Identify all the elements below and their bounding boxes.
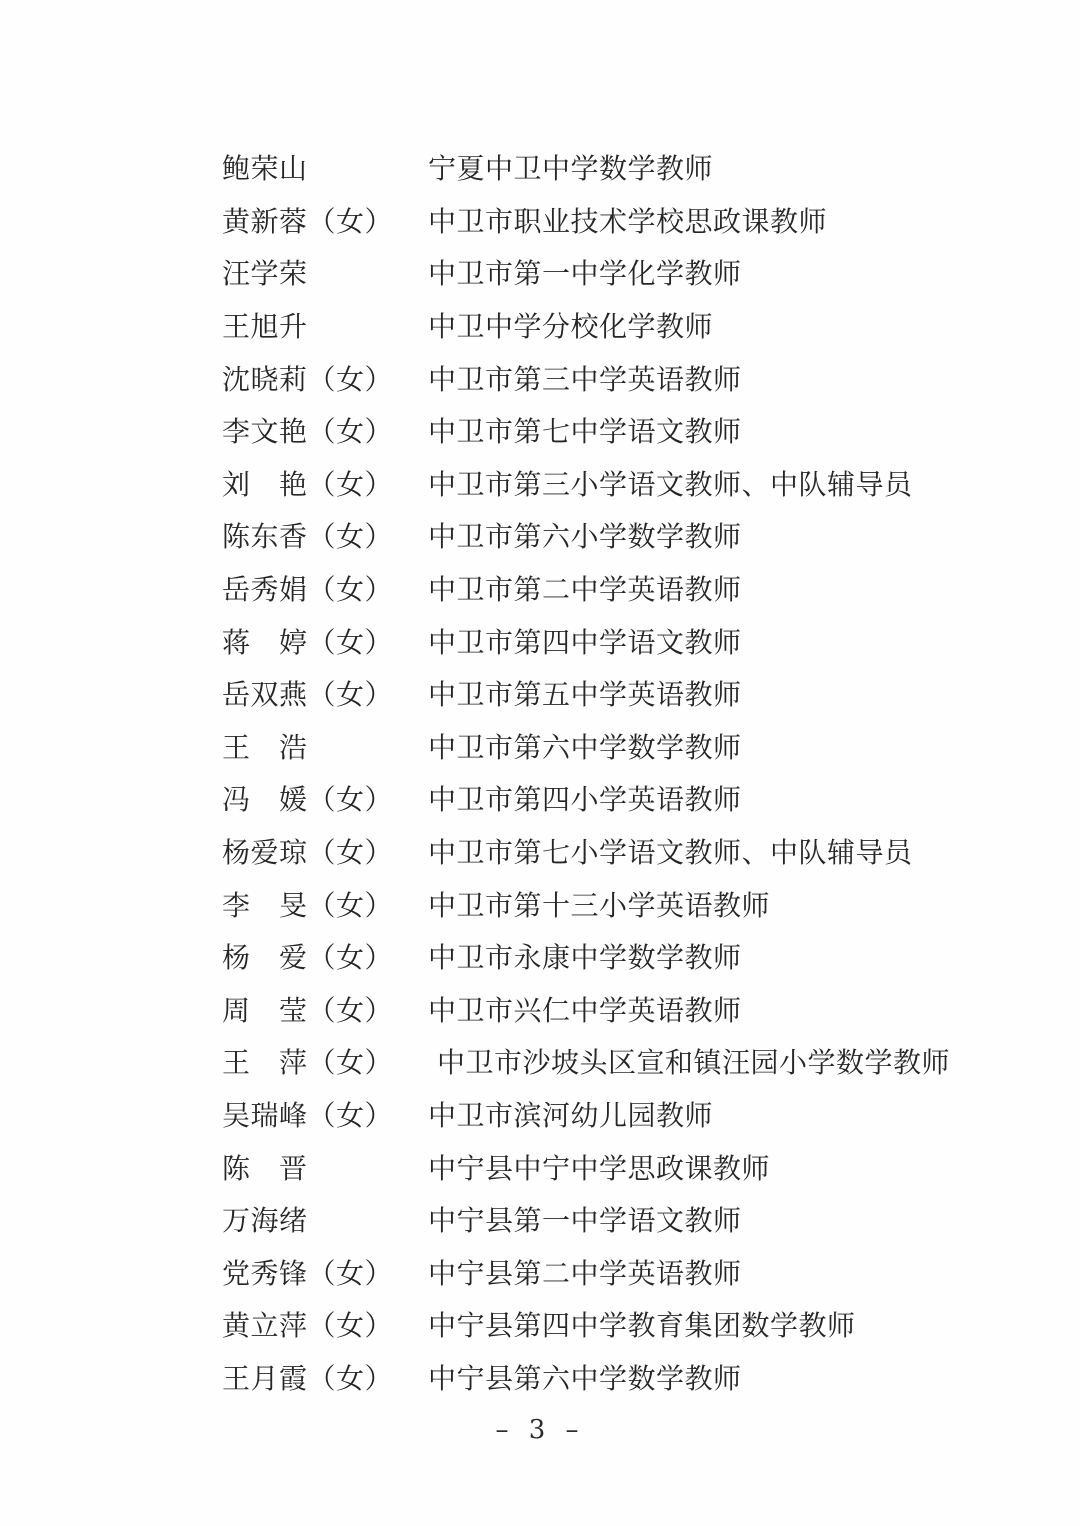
teacher-name: 吴瑞峰（女） (222, 1094, 428, 1134)
teacher-name: 王 浩 (222, 726, 428, 766)
roster-row: 黄新蓉（女） 中卫市职业技术学校思政课教师 (222, 194, 1030, 247)
teacher-position: 中宁县第六中学数学教师 (428, 1357, 742, 1397)
roster-row: 汪学荣 中卫市第一中学化学教师 (222, 246, 1030, 299)
teacher-position: 中卫市第一中学化学教师 (428, 252, 742, 292)
roster-row: 鲍荣山 宁夏中卫中学数学教师 (222, 141, 1030, 194)
teacher-position: 中卫中学分校化学教师 (428, 305, 713, 345)
teacher-position: 中卫市第三小学语文教师、中队辅导员 (428, 463, 913, 503)
teacher-position: 中宁县中宁中学思政课教师 (428, 1147, 770, 1187)
roster-row: 王 萍（女） 中卫市沙坡头区宣和镇汪园小学数学教师 (222, 1035, 1030, 1088)
teacher-name: 蒋 婷（女） (222, 621, 428, 661)
teacher-position: 中卫市第四小学英语教师 (428, 778, 742, 818)
teacher-position: 中卫市沙坡头区宣和镇汪园小学数学教师 (428, 1041, 950, 1081)
teacher-name: 李 旻（女） (222, 884, 428, 924)
teacher-name: 岳双燕（女） (222, 673, 428, 713)
roster-row: 黄立萍（女） 中宁县第四中学教育集团数学教师 (222, 1298, 1030, 1351)
roster-row: 刘 艳（女） 中卫市第三小学语文教师、中队辅导员 (222, 457, 1030, 510)
teacher-position: 中卫市第七中学语文教师 (428, 410, 742, 450)
roster-row: 周 莹（女） 中卫市兴仁中学英语教师 (222, 983, 1030, 1036)
teacher-name: 黄新蓉（女） (222, 200, 428, 240)
teacher-name: 汪学荣 (222, 252, 428, 292)
teacher-position: 中卫市第五中学英语教师 (428, 673, 742, 713)
teacher-position: 中卫市第十三小学英语教师 (428, 884, 770, 924)
roster-row: 王月霞（女） 中宁县第六中学数学教师 (222, 1351, 1030, 1404)
roster-row: 陈 晋 中宁县中宁中学思政课教师 (222, 1140, 1030, 1193)
teacher-name: 李文艳（女） (222, 410, 428, 450)
roster-row: 李文艳（女） 中卫市第七中学语文教师 (222, 404, 1030, 457)
roster-row: 吴瑞峰（女） 中卫市滨河幼儿园教师 (222, 1088, 1030, 1141)
teacher-position: 中卫市永康中学数学教师 (428, 936, 742, 976)
teacher-name: 党秀锋（女） (222, 1252, 428, 1292)
teacher-name: 王月霞（女） (222, 1357, 428, 1397)
document-page: 鲍荣山 宁夏中卫中学数学教师 黄新蓉（女） 中卫市职业技术学校思政课教师 汪学荣… (0, 0, 1080, 1527)
roster-row: 蒋 婷（女） 中卫市第四中学语文教师 (222, 614, 1030, 667)
teacher-name: 王 萍（女） (222, 1041, 428, 1081)
teacher-position: 中卫市滨河幼儿园教师 (428, 1094, 713, 1134)
teacher-name: 陈 晋 (222, 1147, 428, 1187)
teacher-position: 中宁县第四中学教育集团数学教师 (428, 1304, 856, 1344)
teacher-position: 中卫市第七小学语文教师、中队辅导员 (428, 831, 913, 871)
teacher-name: 沈晓莉（女） (222, 358, 428, 398)
roster-row: 杨爱琼（女） 中卫市第七小学语文教师、中队辅导员 (222, 825, 1030, 878)
teacher-name: 万海绪 (222, 1199, 428, 1239)
page-number: – 3 – (495, 1415, 584, 1445)
teacher-name: 杨 爱（女） (222, 936, 428, 976)
teacher-name: 鲍荣山 (222, 147, 428, 187)
teacher-name: 冯 媛（女） (222, 778, 428, 818)
roster-row: 岳秀娟（女） 中卫市第二中学英语教师 (222, 562, 1030, 615)
roster-row: 王旭升 中卫中学分校化学教师 (222, 299, 1030, 352)
teacher-position: 中卫市第六小学数学教师 (428, 515, 742, 555)
teacher-position: 中卫市兴仁中学英语教师 (428, 989, 742, 1029)
teacher-position: 中卫市职业技术学校思政课教师 (428, 200, 827, 240)
teacher-position: 宁夏中卫中学数学教师 (428, 147, 713, 187)
roster-row: 党秀锋（女） 中宁县第二中学英语教师 (222, 1245, 1030, 1298)
roster-row: 王 浩 中卫市第六中学数学教师 (222, 720, 1030, 773)
roster-row: 冯 媛（女） 中卫市第四小学英语教师 (222, 772, 1030, 825)
roster-row: 沈晓莉（女） 中卫市第三中学英语教师 (222, 351, 1030, 404)
teacher-name: 杨爱琼（女） (222, 831, 428, 871)
roster-row: 万海绪 中宁县第一中学语文教师 (222, 1193, 1030, 1246)
teacher-position: 中卫市第三中学英语教师 (428, 358, 742, 398)
teacher-name: 周 莹（女） (222, 989, 428, 1029)
teacher-position: 中卫市第六中学数学教师 (428, 726, 742, 766)
teacher-position: 中卫市第二中学英语教师 (428, 568, 742, 608)
roster-row: 岳双燕（女） 中卫市第五中学英语教师 (222, 667, 1030, 720)
teacher-position: 中宁县第一中学语文教师 (428, 1199, 742, 1239)
teacher-position: 中宁县第二中学英语教师 (428, 1252, 742, 1292)
teacher-name: 王旭升 (222, 305, 428, 345)
teacher-name: 黄立萍（女） (222, 1304, 428, 1344)
page-footer: – 3 – (0, 1415, 1080, 1445)
roster-row: 杨 爱（女） 中卫市永康中学数学教师 (222, 930, 1030, 983)
teacher-name: 刘 艳（女） (222, 463, 428, 503)
roster-row: 陈东香（女） 中卫市第六小学数学教师 (222, 509, 1030, 562)
teacher-name: 陈东香（女） (222, 515, 428, 555)
teacher-name: 岳秀娟（女） (222, 568, 428, 608)
roster-row: 李 旻（女） 中卫市第十三小学英语教师 (222, 877, 1030, 930)
teacher-roster: 鲍荣山 宁夏中卫中学数学教师 黄新蓉（女） 中卫市职业技术学校思政课教师 汪学荣… (222, 141, 1030, 1403)
teacher-position: 中卫市第四中学语文教师 (428, 621, 742, 661)
